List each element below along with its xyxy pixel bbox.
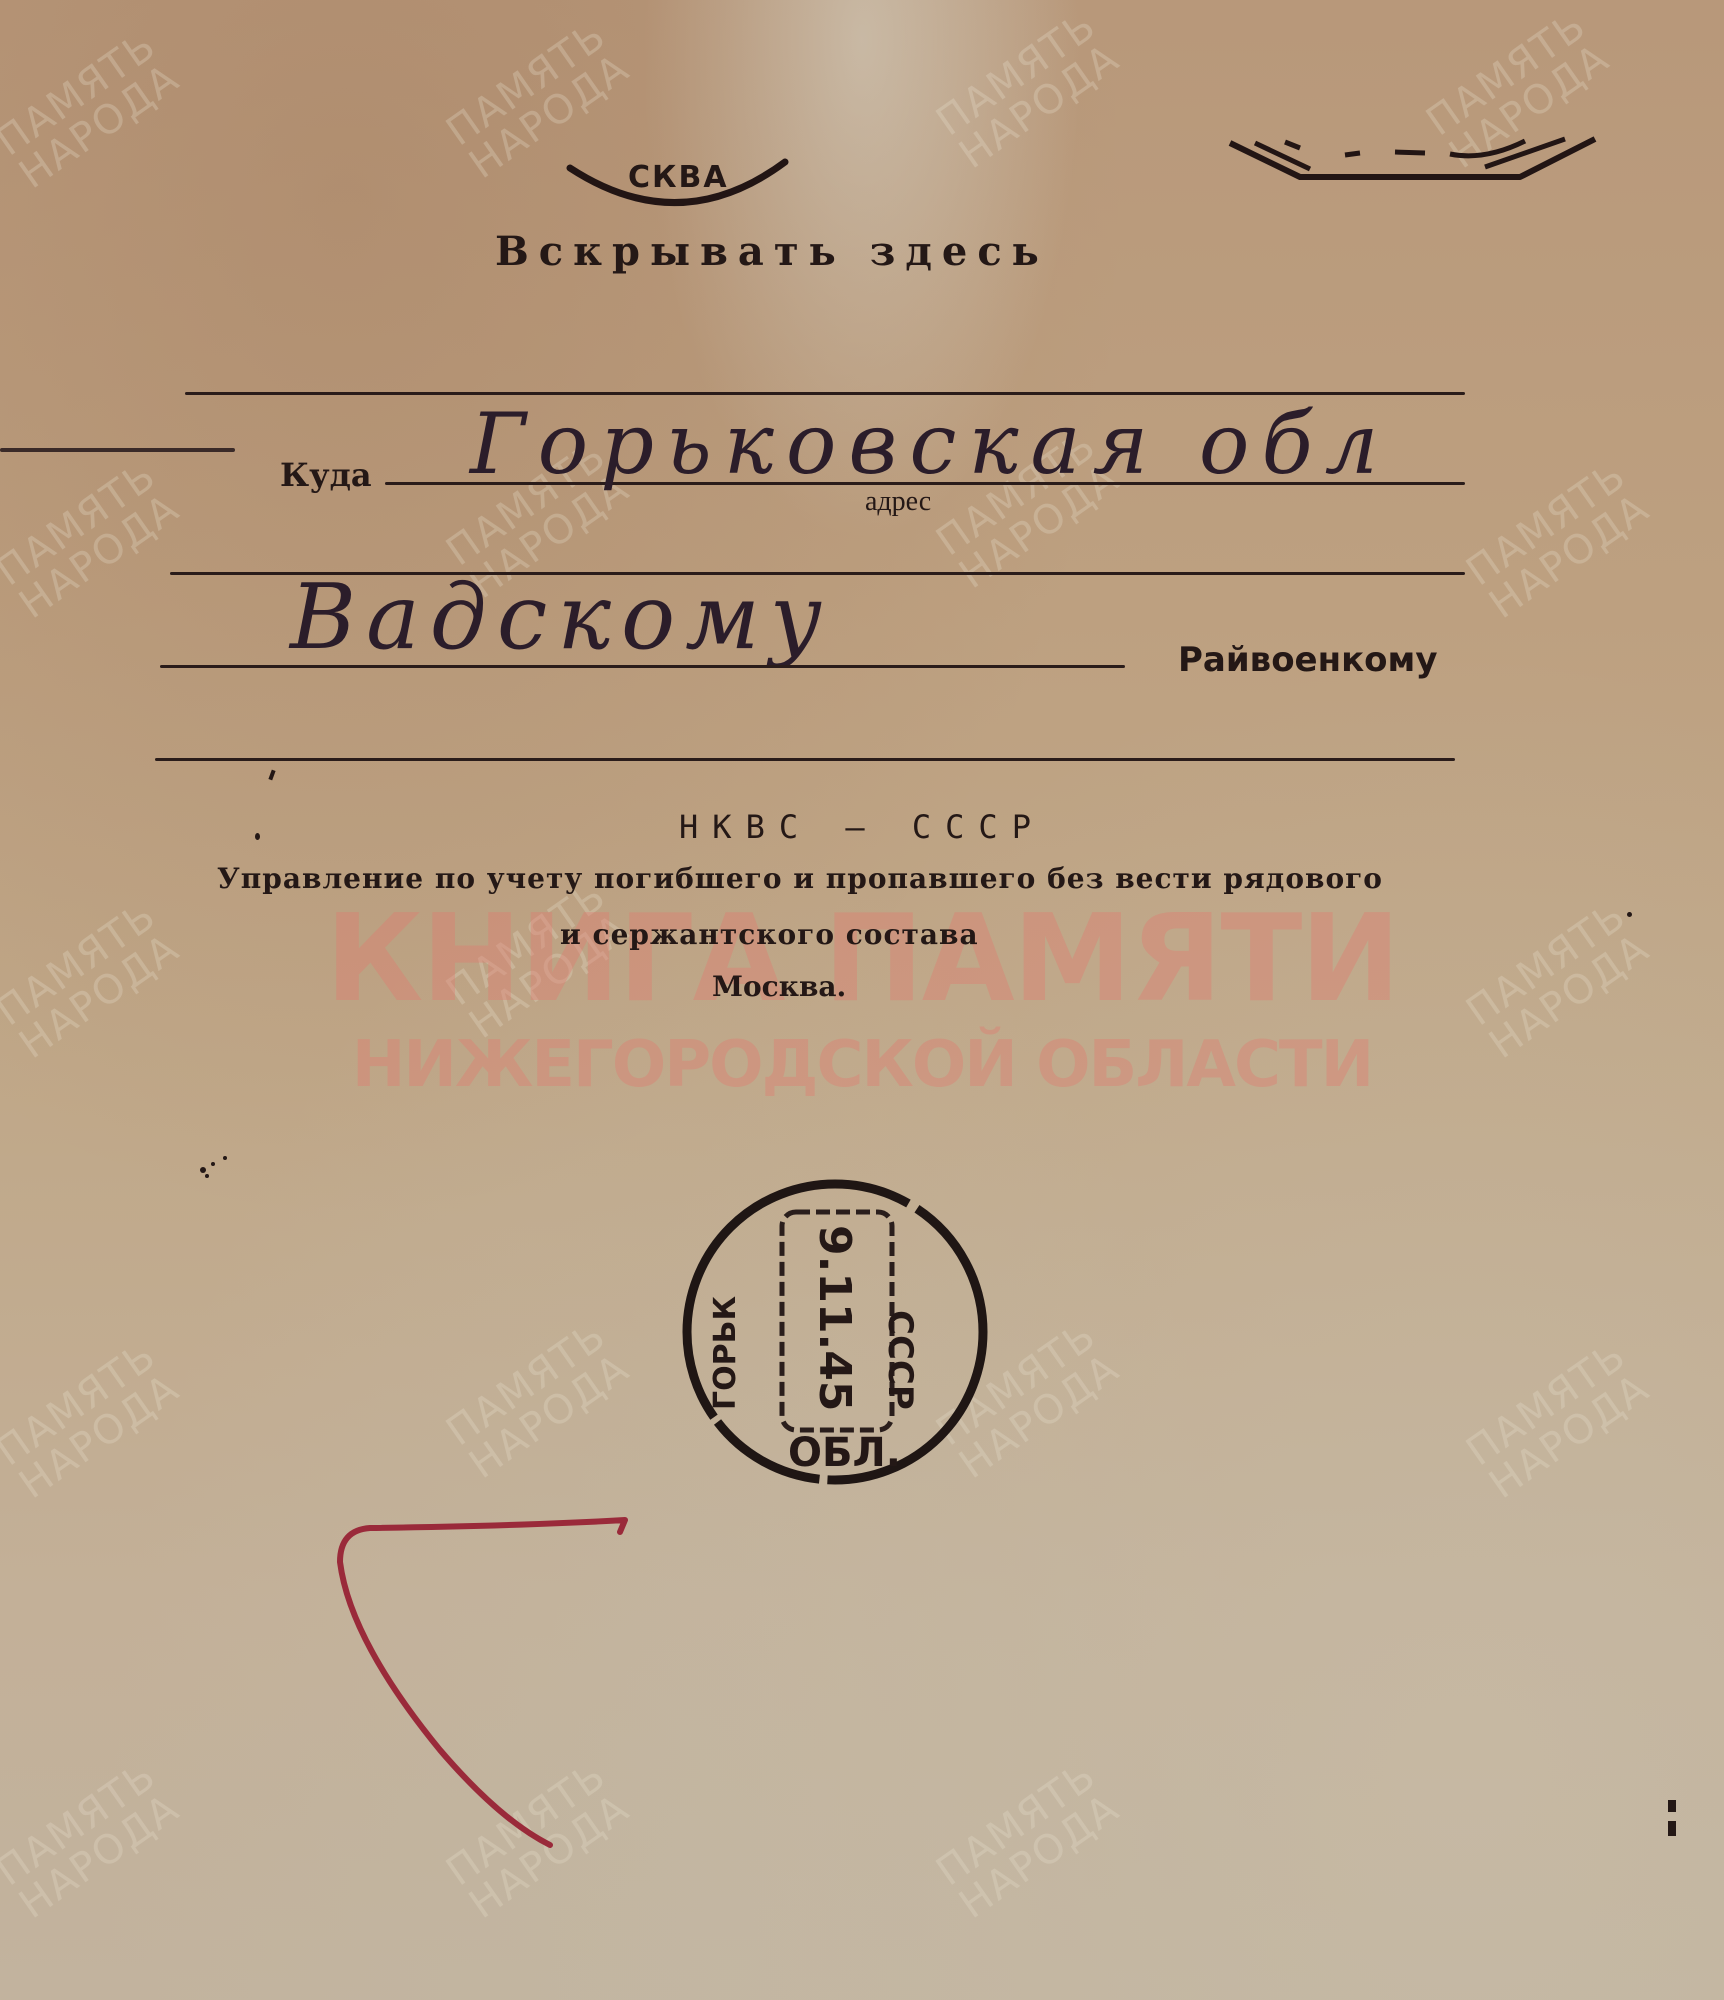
postmark-top-text: СССР [880,1310,920,1410]
sender-org: НКВС — СССР [0,808,1724,846]
postmark-fragment-text: СКВА [628,160,729,195]
edge-mark [1668,1800,1676,1860]
handwritten-address: Горьковская обл [470,395,1390,493]
ink-smudge [195,1150,235,1180]
recipient-suffix: Райвоенкому [1178,640,1438,680]
ink-speck [255,833,260,840]
watermark-nizhegorodskoy-oblasti: НИЖЕГОРОДСКОЙ ОБЛАСТИ [0,1028,1724,1102]
address-rule-4 [160,665,1125,668]
sender-city: Москва. [712,970,846,1003]
postmark-left-text: ГОРЬК [708,1296,743,1410]
handwritten-recipient: Вадскому [290,565,832,670]
ink-speck [1627,912,1632,917]
open-here-label: Вскрывать здесь [495,228,1049,275]
postmark-stamp: 9.11.45 СССР ГОРЬК ОБЛ. [670,1160,1000,1490]
watermark-kniga-pamyati: КНИГА ПАМЯТИ [0,890,1724,1029]
to-label: Куда [280,456,372,494]
postmark-fragment-right [1225,135,1605,195]
red-pencil-check-mark [320,1500,640,1860]
address-sublabel: адрес [865,486,931,518]
sender-line-1: Управление по учету погибшего и пропавше… [140,862,1460,895]
postmark-bottom-text: ОБЛ. [788,1430,901,1476]
address-rule-5 [155,758,1455,761]
sender-line-2: и сержантского состава [560,918,979,951]
postmark-date-text: 9.11.45 [809,1225,860,1412]
torn-edge-line [0,448,235,452]
